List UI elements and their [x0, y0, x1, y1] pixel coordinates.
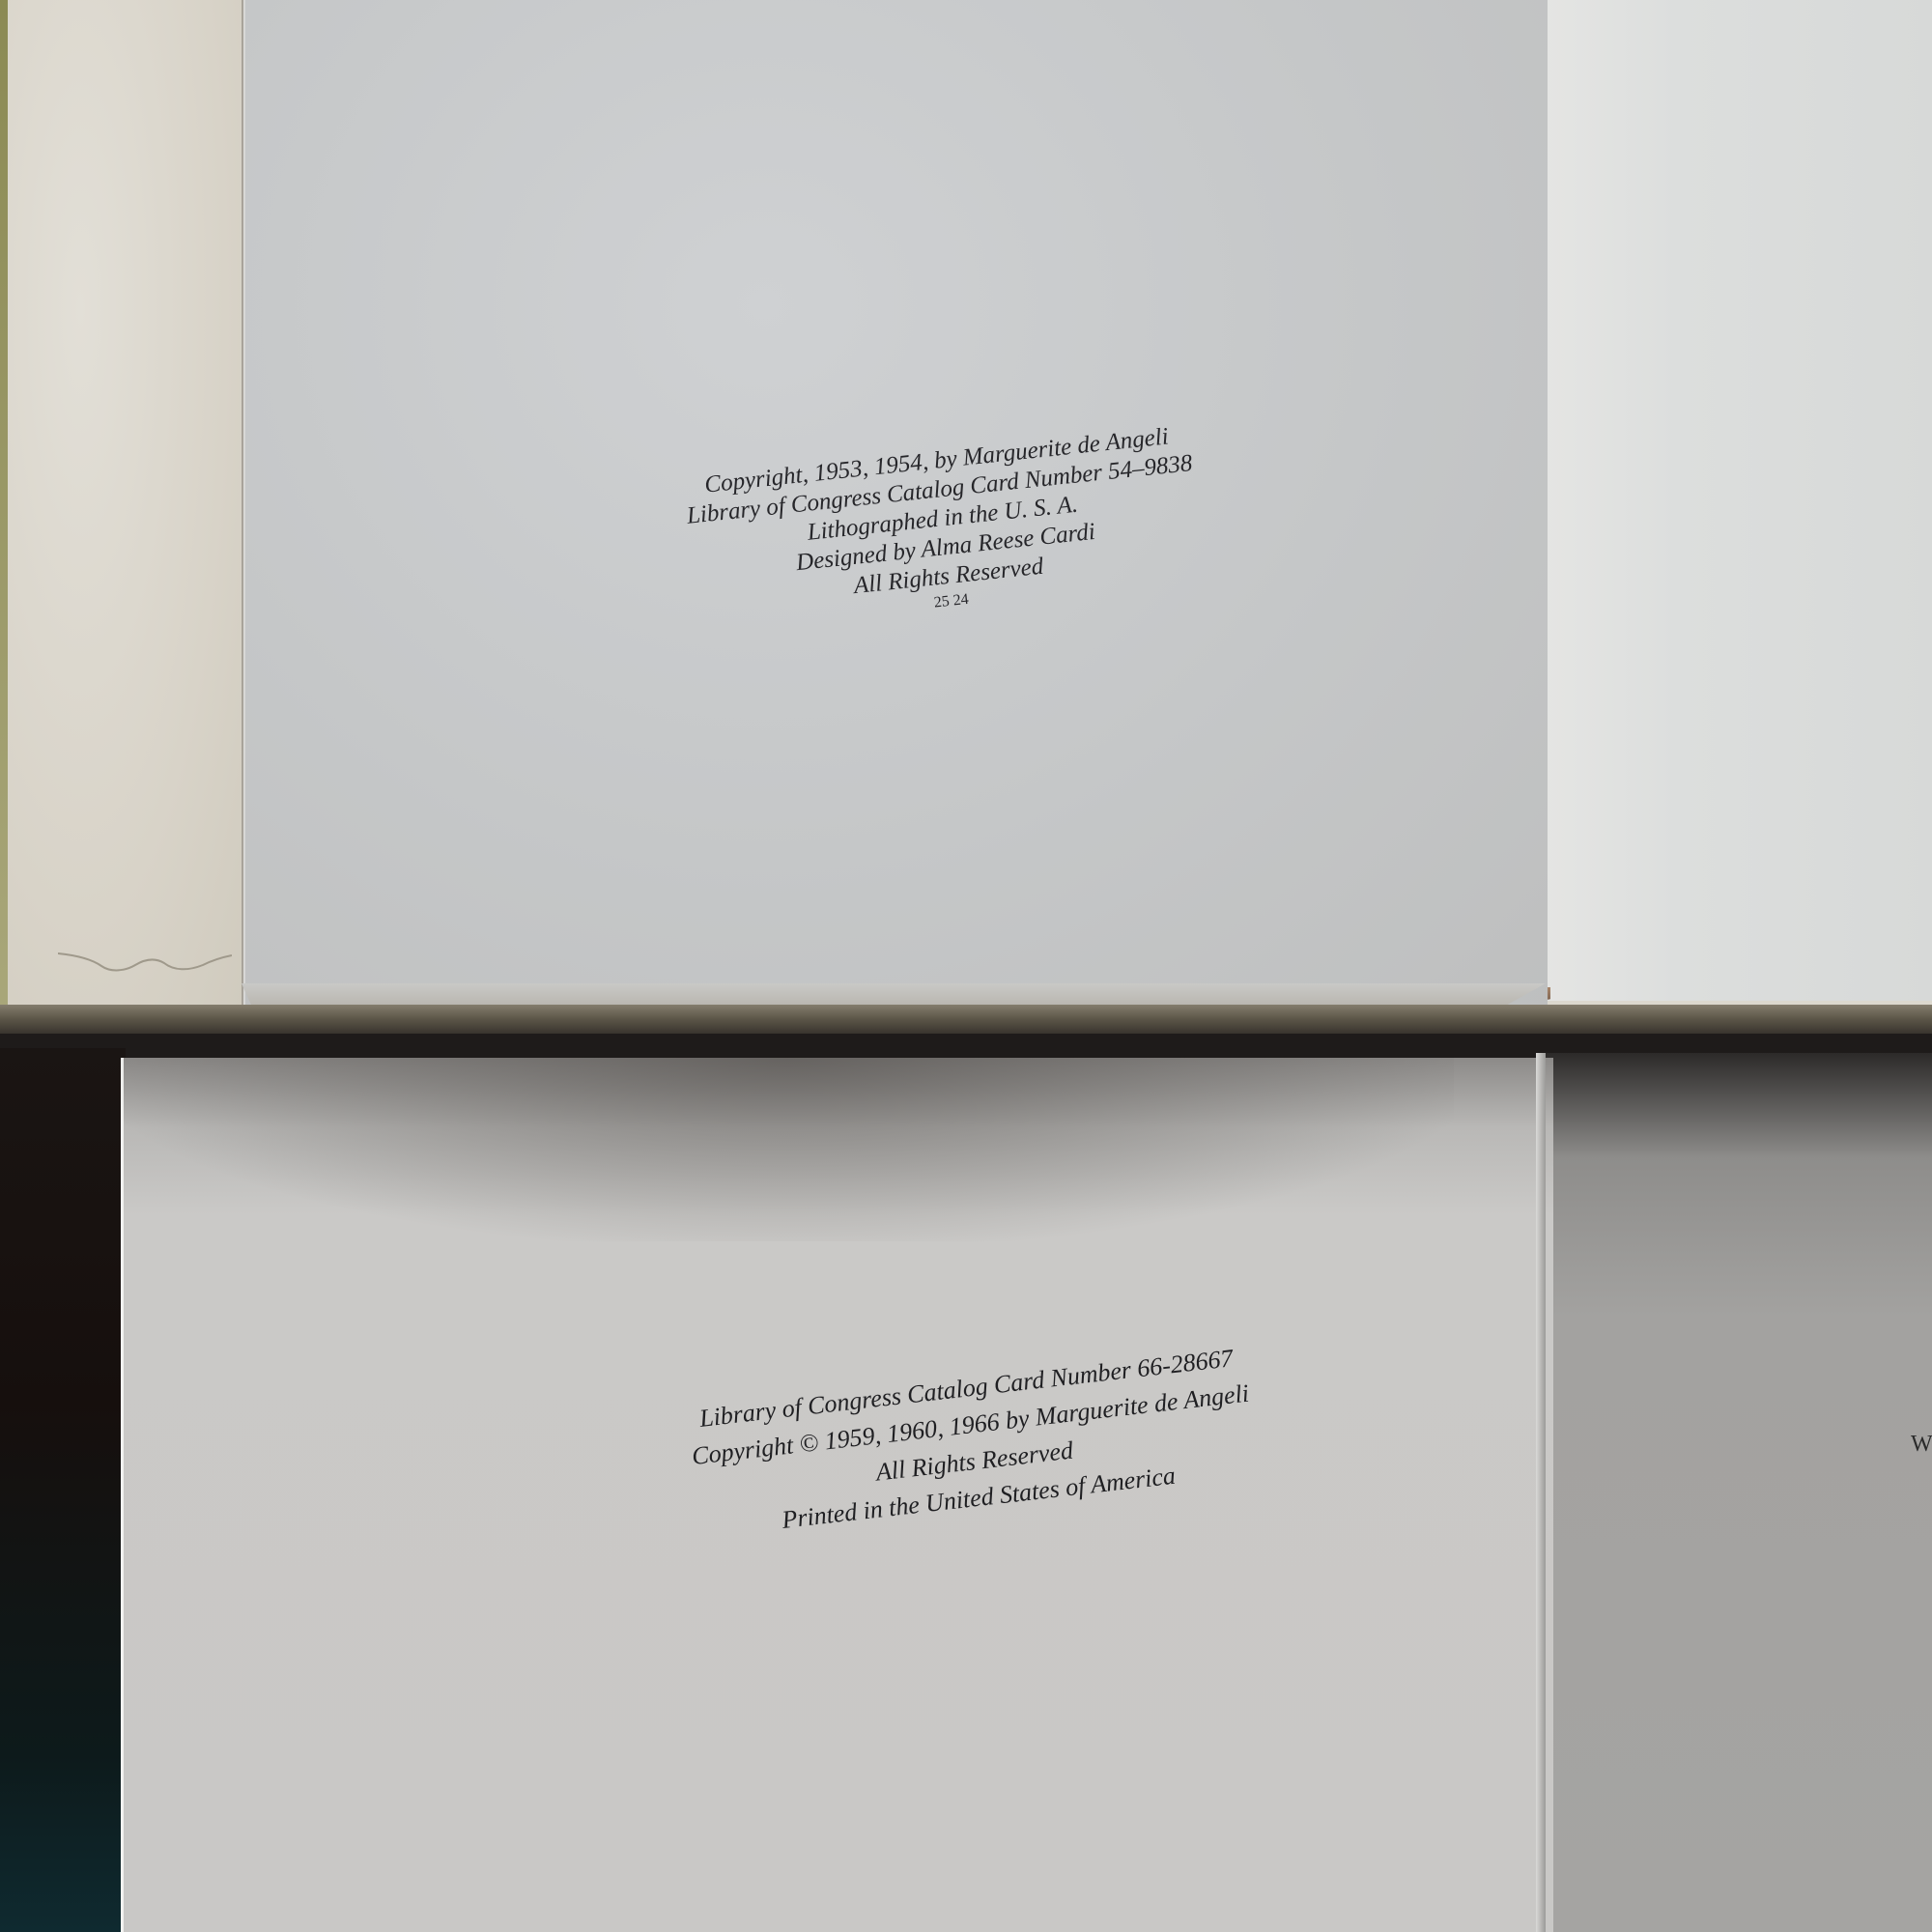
top-book-endpaper	[8, 0, 253, 1029]
bottom-book-facing-page	[1541, 1053, 1932, 1932]
facing-page-edge-letter: W	[1911, 1432, 1932, 1461]
bottom-page-shadow	[121, 1058, 1454, 1241]
top-book-facing-page	[1507, 0, 1932, 1001]
bottom-book-gutter	[1536, 1053, 1546, 1932]
endpaper-tear-mark	[58, 952, 232, 980]
bottom-book-cover	[0, 1048, 126, 1932]
